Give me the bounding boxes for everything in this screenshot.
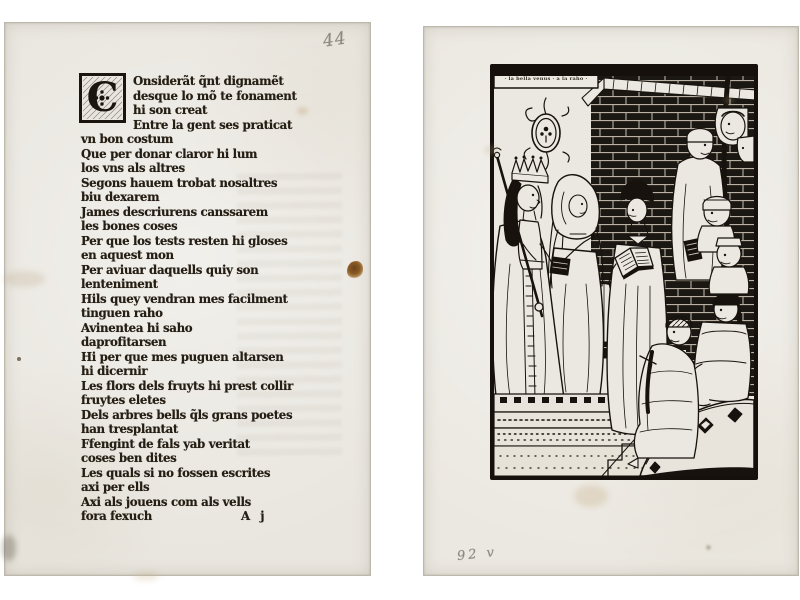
photo-of-incunable-book-opening: 44 C Onsiderãt q̃nt dignamẽt desque l bbox=[0, 0, 800, 600]
poem-line: Les flors dels fruyts hi prest collir bbox=[81, 379, 321, 394]
poem-line: desque lo mõ te fonament bbox=[81, 89, 321, 104]
poem-line-text: coses ben dites bbox=[81, 451, 176, 465]
poem-line-text: Les flors dels fruyts hi prest collir bbox=[81, 379, 293, 393]
poem-line: Onsiderãt q̃nt dignamẽt bbox=[81, 74, 321, 89]
poem-line-text: hi dicernir bbox=[81, 364, 147, 378]
signature-mark: A j bbox=[241, 509, 268, 524]
poem-line: les bones coses bbox=[81, 219, 321, 234]
poem-line: James descriurens canssarem bbox=[81, 205, 321, 220]
poem-line: Que per donar claror hi lum bbox=[81, 147, 321, 162]
poem-line-text: Hils quey vendran mes facilment bbox=[81, 292, 288, 306]
poem-line-text: les bones coses bbox=[81, 219, 177, 233]
poem-line: en aquest mon bbox=[81, 248, 321, 263]
poem-line-text: fruytes eletes bbox=[81, 393, 166, 407]
poem-line: daprofitarsen bbox=[81, 335, 321, 350]
man-edge-profile bbox=[737, 136, 754, 162]
poem-line: vn bon costum bbox=[81, 132, 321, 147]
poem-line-text: Ffengint de fals yab veritat bbox=[81, 437, 250, 451]
poem-line: fora fexuch A j bbox=[81, 509, 321, 524]
poem-line-text: tinguen raho bbox=[81, 306, 163, 320]
poem-line-text: hi son creat bbox=[133, 103, 207, 117]
poem-line-text: biu dexarem bbox=[81, 190, 159, 204]
stain bbox=[706, 545, 711, 550]
stain bbox=[2, 535, 16, 561]
poem-line: Per que los tests resten hi gloses bbox=[81, 234, 321, 249]
poem-line: hi son creat bbox=[81, 103, 321, 118]
poem-line-text: en aquest mon bbox=[81, 248, 174, 262]
poem-line-text: Axi als jouens com als vells bbox=[81, 495, 251, 509]
poem-line: axi per ells bbox=[81, 480, 321, 495]
woodcut-illustration bbox=[490, 64, 758, 480]
stain bbox=[133, 571, 159, 581]
poem-line: hi dicernir bbox=[81, 364, 321, 379]
poem-line-text: desque lo mõ te fonament bbox=[133, 89, 297, 103]
poem-line-text: Onsiderãt q̃nt dignamẽt bbox=[133, 74, 283, 88]
poem-line-text: los vns als altres bbox=[81, 161, 185, 175]
poem-line-text: Hi per que mes puguen altarsen bbox=[81, 350, 283, 364]
poem-line-text: Dels arbres bells q̃ls grans poetes bbox=[81, 408, 292, 422]
woodcut-banner-text: · la bella venus · a la raho · bbox=[494, 71, 598, 87]
stain bbox=[17, 357, 21, 361]
poem-line-text: lenteniment bbox=[81, 277, 158, 291]
poem-line: Axi als jouens com als vells bbox=[81, 495, 321, 510]
poem-line-text: axi per ells bbox=[81, 480, 149, 494]
poem-line: Segons hauem trobat nosaltres bbox=[81, 176, 321, 191]
handwritten-folio-note: 92 v bbox=[456, 545, 497, 564]
poem-line-text: Avinentea hi saho bbox=[81, 321, 192, 335]
poem-line: los vns als altres bbox=[81, 161, 321, 176]
poem-line: Avinentea hi saho bbox=[81, 321, 321, 336]
woodcut-banner: · la bella venus · a la raho · bbox=[494, 71, 598, 87]
stain bbox=[574, 485, 608, 507]
right-page: · la bella venus · a la raho · 92 v bbox=[423, 26, 799, 576]
poem-line-text: Per que los tests resten hi gloses bbox=[81, 234, 287, 248]
poem-line: biu dexarem bbox=[81, 190, 321, 205]
poem-line-text: Les quals si no fossen escrites bbox=[81, 466, 270, 480]
poem-line: Per aviuar daquells quiy son bbox=[81, 263, 321, 278]
queen-pouch bbox=[550, 257, 570, 275]
stain bbox=[347, 261, 363, 279]
poem-line: Dels arbres bells q̃ls grans poetes bbox=[81, 408, 321, 423]
poem-line-text: fora fexuch bbox=[81, 509, 152, 523]
poem-line: Les quals si no fossen escrites bbox=[81, 466, 321, 481]
poem-line-text: Segons hauem trobat nosaltres bbox=[81, 176, 277, 190]
poem-text-block: Onsiderãt q̃nt dignamẽt desque lo mõ te … bbox=[81, 74, 321, 524]
poem-line: Entre la gent ses praticat bbox=[81, 118, 321, 133]
poem-line: han tresplantat bbox=[81, 422, 321, 437]
poem-line: Hils quey vendran mes facilment bbox=[81, 292, 321, 307]
poem-line: tinguen raho bbox=[81, 306, 321, 321]
poem-line: Hi per que mes puguen altarsen bbox=[81, 350, 321, 365]
poem-line-text: Entre la gent ses praticat bbox=[133, 118, 292, 132]
poem-line: coses ben dites bbox=[81, 451, 321, 466]
poem-line-text: Per aviuar daquells quiy son bbox=[81, 263, 258, 277]
poem-line: fruytes eletes bbox=[81, 393, 321, 408]
stain bbox=[3, 271, 45, 287]
poem-line: lenteniment bbox=[81, 277, 321, 292]
poem-line-text: han tresplantat bbox=[81, 422, 178, 436]
poem-line-text: James descriurens canssarem bbox=[81, 205, 268, 219]
handwritten-folio-number: 44 bbox=[322, 28, 348, 51]
poem-line-text: vn bon costum bbox=[81, 132, 173, 146]
poem-line: Ffengint de fals yab veritat bbox=[81, 437, 321, 452]
left-page: 44 C Onsiderãt q̃nt dignamẽt desque l bbox=[4, 22, 371, 576]
poem-line-text: Que per donar claror hi lum bbox=[81, 147, 257, 161]
poem-line-text: daprofitarsen bbox=[81, 335, 166, 349]
